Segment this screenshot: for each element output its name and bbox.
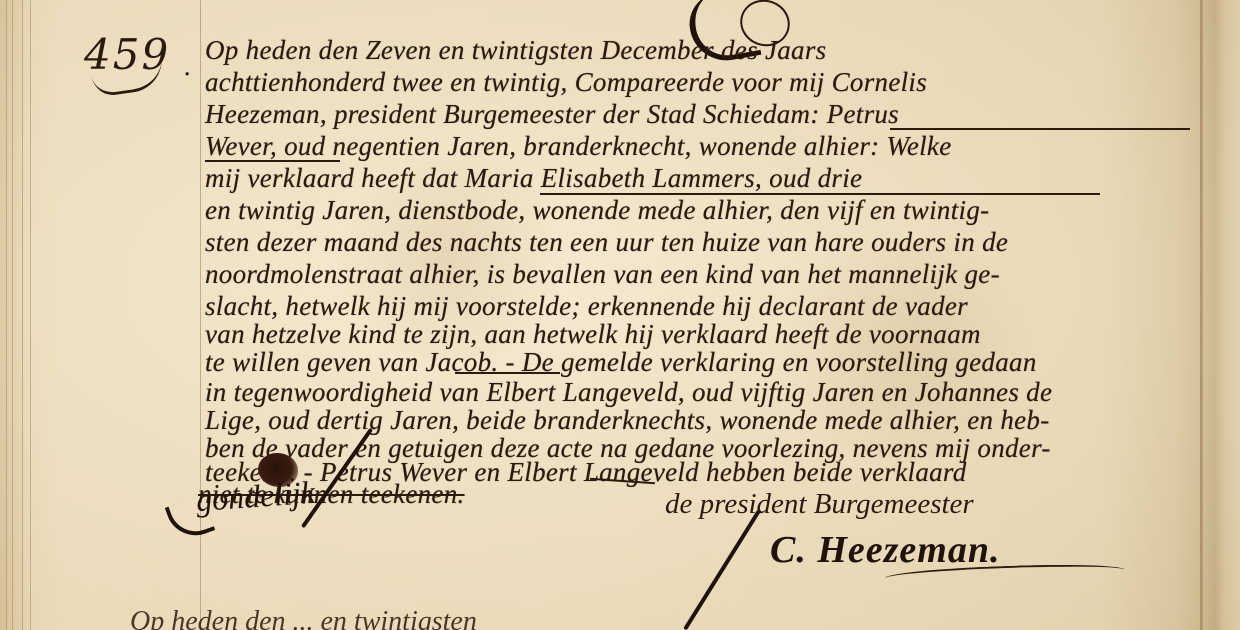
binding-fold-line bbox=[6, 0, 7, 630]
page-edge bbox=[1200, 0, 1203, 630]
text-line-1: Op heden den Zeven en twintigsten Decemb… bbox=[205, 34, 1195, 66]
text-line-8: noordmolenstraat alhier, is bevallen van… bbox=[205, 258, 1195, 290]
text-line-11: te willen geven van Jacob. - De gemelde … bbox=[205, 346, 1195, 378]
text-line-6: en twintig Jaren, dienstbode, wonende me… bbox=[205, 194, 1195, 226]
text-line-2: achttienhonderd twee en twintig, Compare… bbox=[205, 66, 1195, 98]
text-line-7: sten dezer maand des nachts ten een uur … bbox=[205, 226, 1195, 258]
text-line-5: mij verklaard heeft dat Maria Elisabeth … bbox=[205, 162, 1195, 194]
binding-fold-line bbox=[12, 0, 13, 630]
signature-title: de president Burgemeester bbox=[665, 488, 974, 521]
margin-rule bbox=[200, 0, 201, 630]
binding-fold-line bbox=[30, 0, 31, 630]
signature-name: C. Heezeman. bbox=[770, 528, 1000, 572]
next-entry-fragment: Op heden den ... en twintigsten bbox=[130, 606, 477, 630]
binding-fold-line bbox=[22, 0, 23, 630]
document-page: 459 . Op heden den Zeven en twintigsten … bbox=[0, 0, 1240, 630]
pen-stroke bbox=[683, 510, 761, 630]
margin-annotation: gondelijk bbox=[195, 474, 316, 519]
text-line-3: Heezeman, president Burgemeester der Sta… bbox=[205, 98, 1195, 130]
entry-separator: . bbox=[183, 52, 191, 82]
name-underline-rule bbox=[455, 372, 560, 374]
text-line-4: Wever, oud negentien Jaren, branderknech… bbox=[205, 130, 1195, 162]
